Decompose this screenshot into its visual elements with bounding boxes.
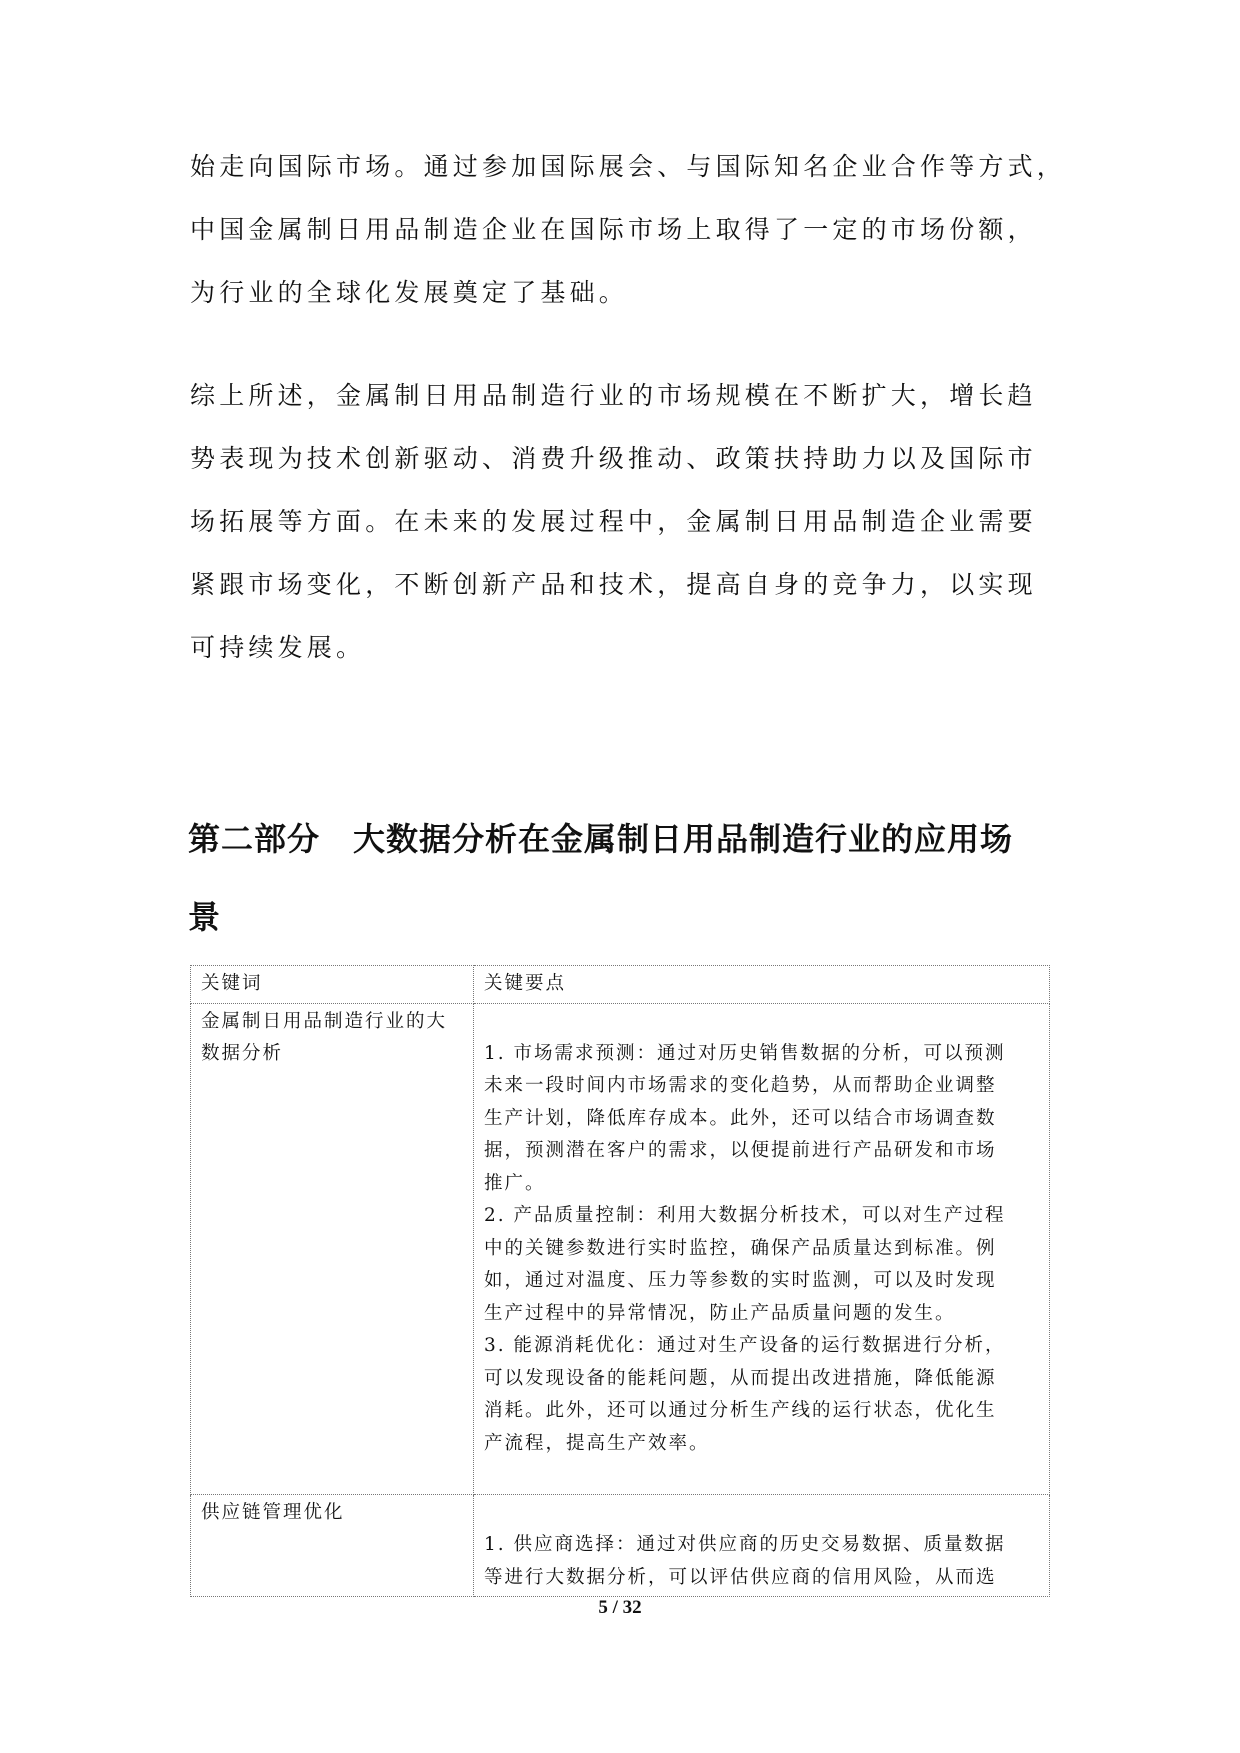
text-line: 为行业的全球化发展奠定了基础。 — [190, 261, 1070, 324]
text-line: 可持续发展。 — [190, 616, 1070, 679]
page-number: 5 / 32 — [0, 1597, 1240, 1619]
section-heading: 第二部分 大数据分析在金属制日用品制造行业的应用场 景 — [188, 800, 1068, 956]
point-line: 如，通过对温度、压力等参数的实时监测，可以及时发现 — [484, 1265, 1039, 1298]
text-line: 紧跟市场变化，不断创新产品和技术，提高自身的竞争力，以实现 — [190, 553, 1070, 616]
table-header-row: 关键词 关键要点 — [191, 966, 1050, 1004]
point-line: 生产过程中的异常情况，防止产品质量问题的发生。 — [484, 1298, 1039, 1331]
text-line: 场拓展等方面。在未来的发展过程中，金属制日用品制造企业需要 — [190, 490, 1070, 553]
point-line: 推广。 — [484, 1168, 1039, 1201]
point-line: 等进行大数据分析，可以评估供应商的信用风险，从而选 — [484, 1562, 1039, 1595]
header-keyword: 关键词 — [191, 966, 474, 1004]
key-points-cell: 1. 市场需求预测：通过对历史销售数据的分析，可以预测 未来一段时间内市场需求的… — [474, 1003, 1050, 1495]
point-line: 生产计划，降低库存成本。此外，还可以结合市场调查数 — [484, 1103, 1039, 1136]
text-line: 始走向国际市场。通过参加国际展会、与国际知名企业合作等方式， — [190, 135, 1070, 198]
keyword-line: 数据分析 — [201, 1038, 463, 1071]
keyword-cell: 供应链管理优化 — [191, 1495, 474, 1597]
point-line: 产流程，提高生产效率。 — [484, 1428, 1039, 1461]
point-line: 1. 市场需求预测：通过对历史销售数据的分析，可以预测 — [484, 1038, 1039, 1071]
point-line: 1. 供应商选择：通过对供应商的历史交易数据、质量数据 — [484, 1529, 1039, 1562]
keyword-line: 供应链管理优化 — [201, 1497, 463, 1530]
key-points-cell: 1. 供应商选择：通过对供应商的历史交易数据、质量数据 等进行大数据分析，可以评… — [474, 1495, 1050, 1597]
keyword-table: 关键词 关键要点 金属制日用品制造行业的大 数据分析 1. 市场需求预测：通过对… — [190, 965, 1050, 1597]
body-paragraph-1: 始走向国际市场。通过参加国际展会、与国际知名企业合作等方式， 中国金属制日用品制… — [190, 135, 1070, 324]
text-line: 中国金属制日用品制造企业在国际市场上取得了一定的市场份额， — [190, 198, 1070, 261]
header-key-points: 关键要点 — [474, 966, 1050, 1004]
point-line: 2. 产品质量控制：利用大数据分析技术，可以对生产过程 — [484, 1200, 1039, 1233]
point-line: 未来一段时间内市场需求的变化趋势，从而帮助企业调整 — [484, 1070, 1039, 1103]
text-line: 综上所述，金属制日用品制造行业的市场规模在不断扩大，增长趋 — [190, 364, 1070, 427]
heading-line: 景 — [188, 878, 1068, 956]
point-line: 据，预测潜在客户的需求，以便提前进行产品研发和市场 — [484, 1135, 1039, 1168]
text-line: 势表现为技术创新驱动、消费升级推动、政策扶持助力以及国际市 — [190, 427, 1070, 490]
point-line: 3. 能源消耗优化：通过对生产设备的运行数据进行分析， — [484, 1330, 1039, 1363]
point-line: 消耗。此外，还可以通过分析生产线的运行状态，优化生 — [484, 1395, 1039, 1428]
body-paragraph-2: 综上所述，金属制日用品制造行业的市场规模在不断扩大，增长趋 势表现为技术创新驱动… — [190, 364, 1070, 679]
point-line: 中的关键参数进行实时监控，确保产品质量达到标准。例 — [484, 1233, 1039, 1266]
heading-line: 第二部分 大数据分析在金属制日用品制造行业的应用场 — [188, 800, 1068, 878]
table-row: 供应链管理优化 1. 供应商选择：通过对供应商的历史交易数据、质量数据 等进行大… — [191, 1495, 1050, 1597]
keyword-line: 金属制日用品制造行业的大 — [201, 1006, 463, 1039]
point-line: 可以发现设备的能耗问题，从而提出改进措施，降低能源 — [484, 1363, 1039, 1396]
keyword-cell: 金属制日用品制造行业的大 数据分析 — [191, 1003, 474, 1495]
table-row: 金属制日用品制造行业的大 数据分析 1. 市场需求预测：通过对历史销售数据的分析… — [191, 1003, 1050, 1495]
